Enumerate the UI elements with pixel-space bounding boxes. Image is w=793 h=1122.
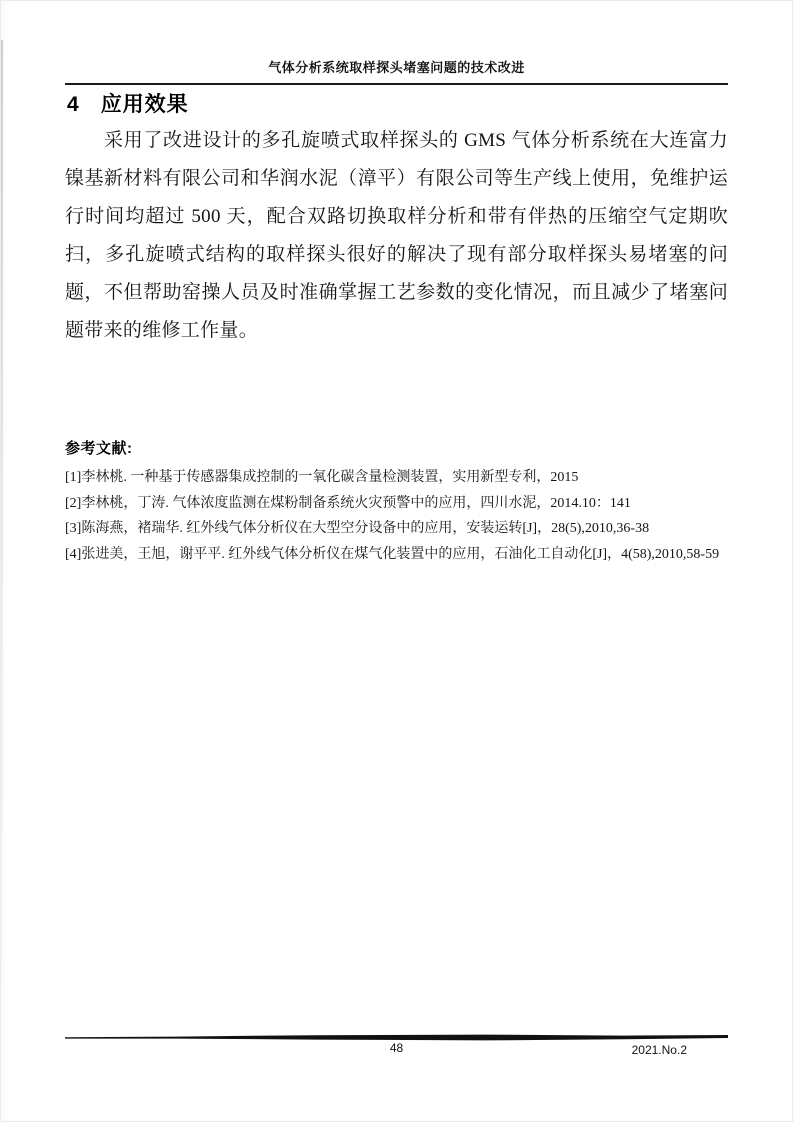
reference-item: [2]李林桃，丁涛. 气体浓度监测在煤粉制备系统火灾预警中的应用，四川水泥，20…	[65, 491, 728, 517]
running-title: 气体分析系统取样探头堵塞问题的技术改进	[0, 57, 793, 76]
header-rule	[65, 83, 728, 85]
reference-item: [1]李林桃. 一种基于传感器集成控制的一氧化碳含量检测装置，实用新型专利，20…	[65, 465, 728, 491]
references-heading: 参考文献:	[65, 437, 728, 458]
footer-rule	[65, 1034, 728, 1038]
references-section: 参考文献: [1]李林桃. 一种基于传感器集成控制的一氧化碳含量检测装置，实用新…	[65, 437, 728, 567]
reference-item: [4]张进美，王旭，谢平平. 红外线气体分析仪在煤气化装置中的应用，石油化工自动…	[65, 542, 728, 568]
body-paragraph: 采用了改进设计的多孔旋喷式取样探头的 GMS 气体分析系统在大连富力镍基新材料有…	[65, 122, 728, 350]
section-heading: 4应用效果	[67, 88, 189, 118]
footer-issue-label: 2021.No.2	[632, 1043, 687, 1057]
section-number: 4	[67, 93, 79, 117]
paper-page: 气体分析系统取样探头堵塞问题的技术改进 4应用效果 采用了改进设计的多孔旋喷式取…	[0, 0, 793, 1122]
section-title: 应用效果	[101, 93, 189, 116]
reference-item: [3]陈海燕，褚瑞华. 红外线气体分析仪在大型空分设备中的应用，安装运转[J]，…	[65, 516, 728, 542]
scan-edge-artifact	[1, 40, 3, 1000]
